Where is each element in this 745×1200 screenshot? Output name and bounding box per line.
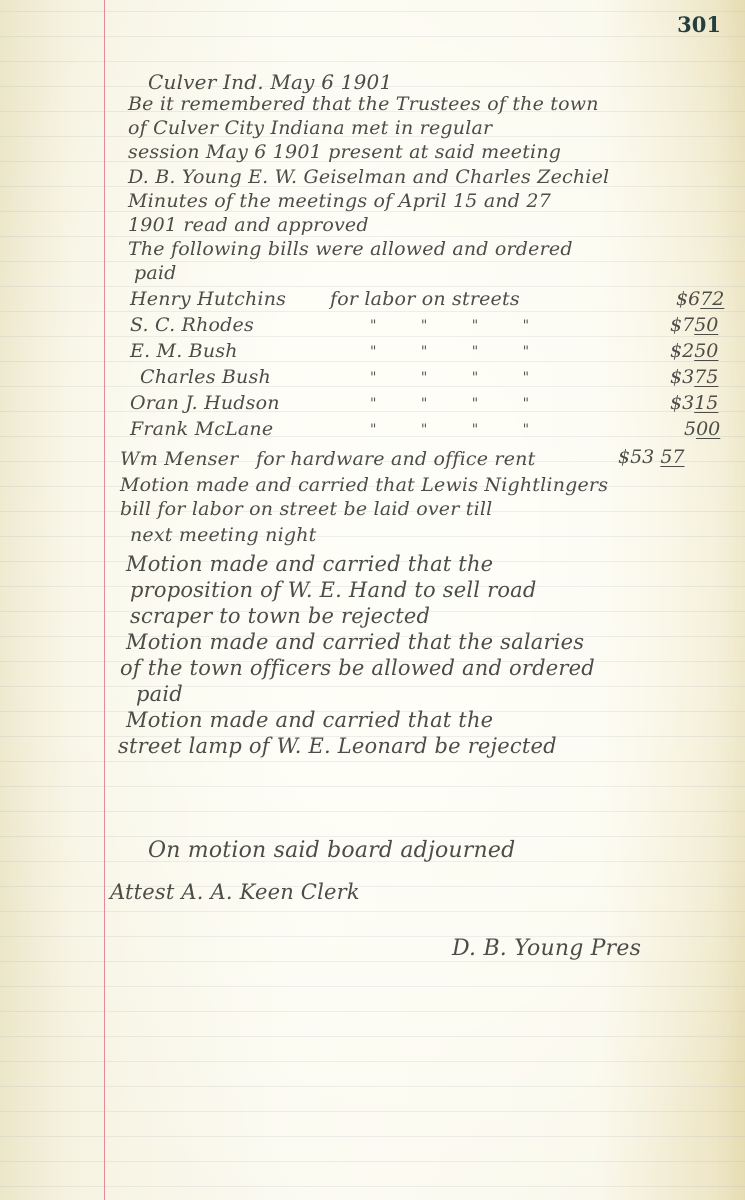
motion-line: bill for labor on street be laid over ti… xyxy=(120,498,492,520)
bill-purpose-ditto: " " " " xyxy=(370,396,529,412)
motion-line: Motion made and carried that the xyxy=(126,708,493,732)
bill-cents: 57 xyxy=(660,446,684,468)
intro-line: Minutes of the meetings of April 15 and … xyxy=(128,190,551,212)
bill-payee: Henry Hutchins xyxy=(130,288,286,310)
bill-dollars: $53 xyxy=(618,446,654,468)
bill-purpose: for hardware and office rent xyxy=(256,448,535,470)
motion-line: street lamp of W. E. Leonard be rejected xyxy=(118,734,557,758)
motion-line: of the town officers be allowed and orde… xyxy=(120,656,595,680)
bill-dollars: $7 xyxy=(670,314,694,336)
motion-line: next meeting night xyxy=(130,524,316,546)
intro-line: of Culver City Indiana met in regular xyxy=(128,117,492,139)
intro-line: Be it remembered that the Trustees of th… xyxy=(128,93,599,115)
bill-purpose-ditto: " " " " xyxy=(370,344,529,360)
intro-line: session May 6 1901 present at said meeti… xyxy=(128,141,561,163)
bill-amount: $672 xyxy=(676,288,724,310)
bill-payee: Wm Menser xyxy=(120,448,238,470)
bill-payee: E. M. Bush xyxy=(130,340,238,362)
attest-line: Attest A. A. Keen Clerk xyxy=(110,880,360,904)
bill-purpose: for labor on streets xyxy=(330,288,520,310)
page-number: 301 xyxy=(677,12,721,37)
bill-cents: 72 xyxy=(700,288,724,310)
bill-payee: S. C. Rhodes xyxy=(130,314,254,336)
bill-dollars: $3 xyxy=(670,392,694,414)
adjournment-line: On motion said board adjourned xyxy=(148,838,515,863)
intro-line: 1901 read and approved xyxy=(128,214,369,236)
motion-line: paid xyxy=(136,682,183,706)
motion-line: Motion made and carried that Lewis Night… xyxy=(120,474,608,496)
bill-payee: Frank McLane xyxy=(130,418,273,440)
intro-line: D. B. Young E. W. Geiselman and Charles … xyxy=(128,166,609,188)
ledger-page: 301 Culver Ind. May 6 1901 Be it remembe… xyxy=(0,0,745,1200)
bill-payee: Charles Bush xyxy=(140,366,271,388)
president-signature: D. B. Young Pres xyxy=(452,936,641,961)
bill-payee: Oran J. Hudson xyxy=(130,392,280,414)
bill-purpose-ditto: " " " " xyxy=(370,318,529,334)
motion-line: Motion made and carried that the salarie… xyxy=(126,630,584,654)
intro-line: The following bills were allowed and ord… xyxy=(128,238,573,260)
bill-purpose-ditto: " " " " xyxy=(370,370,529,386)
bill-amount: 500 xyxy=(684,418,720,440)
bill-dollars: $6 xyxy=(676,288,700,310)
bill-amount: $375 xyxy=(670,366,718,388)
bill-cents: 15 xyxy=(694,392,718,414)
bill-cents: 75 xyxy=(694,366,718,388)
bill-dollars: 5 xyxy=(684,418,696,440)
place-date-heading: Culver Ind. May 6 1901 xyxy=(148,70,392,94)
bill-amount: $250 xyxy=(670,340,718,362)
motion-line: proposition of W. E. Hand to sell road xyxy=(130,578,537,602)
motion-line: Motion made and carried that the xyxy=(126,552,493,576)
bill-cents: 50 xyxy=(694,340,718,362)
motion-line: scraper to town be rejected xyxy=(130,604,430,628)
bill-cents: 50 xyxy=(694,314,718,336)
bill-amount: $53 57 xyxy=(618,446,685,468)
bill-amount: $750 xyxy=(670,314,718,336)
bill-cents: 00 xyxy=(696,418,720,440)
margin-line xyxy=(104,0,105,1200)
bill-dollars: $3 xyxy=(670,366,694,388)
bill-purpose-ditto: " " " " xyxy=(370,422,529,438)
bill-dollars: $2 xyxy=(670,340,694,362)
intro-line: paid xyxy=(134,262,177,284)
bill-amount: $315 xyxy=(670,392,718,414)
